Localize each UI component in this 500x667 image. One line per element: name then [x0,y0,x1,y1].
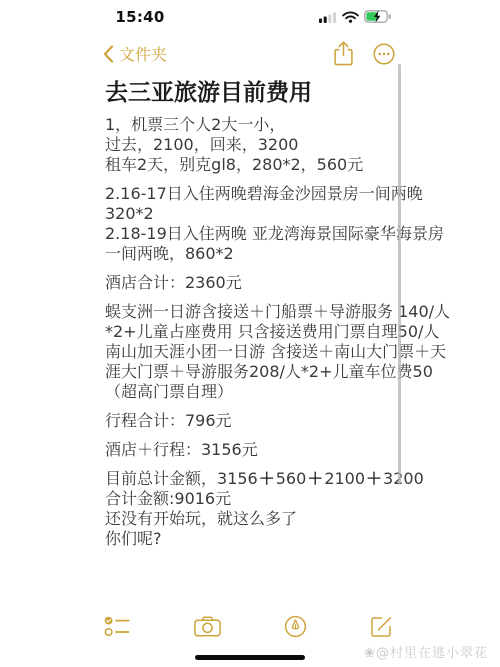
note-line: 涯大门票＋导游服务208/人*2+儿童车位费50 [105,362,405,382]
back-to-folders-button[interactable]: 文件夹 [103,42,167,65]
compose-button[interactable] [366,611,396,641]
note-line: 酒店＋行程：3156元 [105,440,405,460]
note-line: 320*2 [105,204,405,224]
note-line: 你们呢? [105,529,405,549]
creator-watermark: ❀@村里在逃小翠花 [364,642,488,661]
note-line: 2.18-19日入住两晚 亚龙湾海景国际豪华海景房 [105,224,405,244]
chevron-left-icon [103,45,114,63]
flight-car-paragraph: 1，机票三个人2大一小， 过去，2100，回来，3200 租车2天，别克gl8，… [105,115,405,175]
back-label: 文件夹 [119,42,167,65]
bottom-toolbar [0,611,500,641]
compose-icon [370,615,393,638]
note-line: 租车2天，别克gl8，280*2，560元 [105,155,405,175]
note-line: *2+儿童占座费用 只含接送费用门票自理50/人 [105,322,405,342]
note-line: 过去，2100，回来，3200 [105,135,405,155]
note-content[interactable]: 去三亚旅游目前费用 1，机票三个人2大一小， 过去，2100，回来，3200 租… [105,74,405,558]
note-line: 南山加天涯小团一日游 含接送＋南山大门票＋天 [105,342,405,362]
note-line: 一间两晚，860*2 [105,244,405,264]
battery-charging-icon [364,10,392,23]
home-indicator[interactable] [195,655,305,660]
note-line: 合计金额:9016元 [105,489,405,509]
hotel-total-paragraph: 酒店合计：2360元 [105,273,405,293]
sum-part: 560 [276,469,307,488]
note-line: （超高门票自理） [105,382,405,402]
markup-button[interactable] [280,611,310,641]
plus-sign: ＋ [365,469,383,488]
note-line: 2.16-17日入住两晚碧海金沙园景房一间两晚 [105,184,405,204]
plus-sign: ＋ [258,469,276,488]
sum-line: 目前总计金额，3156＋560＋2100＋3200 [105,469,405,489]
note-line: 1，机票三个人2大一小， [105,115,405,135]
camera-icon [194,616,221,637]
note-line: 行程合计：796元 [105,411,405,431]
sum-prefix: 目前总计金额， [105,469,217,488]
scrollbar[interactable] [398,64,401,484]
grand-total-paragraph: 目前总计金额，3156＋560＋2100＋3200 合计金额:9016元 还没有… [105,469,405,549]
plus-sign: ＋ [306,469,324,488]
markup-pen-icon [284,615,307,638]
notes-app-screen: 15:40 [0,0,500,667]
sum-part: 2100 [324,469,365,488]
tours-paragraph: 蜈支洲一日游含接送＋门船票＋导游服务 140/人 *2+儿童占座费用 只含接送费… [105,302,405,402]
nav-bar: 文件夹 [0,36,500,70]
note-title: 去三亚旅游目前费用 [105,74,405,107]
checklist-icon [104,616,131,637]
trip-total-paragraph: 行程合计：796元 [105,411,405,431]
note-line: 蜈支洲一日游含接送＋门船票＋导游服务 140/人 [105,302,405,322]
cellular-signal-icon [319,11,337,23]
status-bar: 15:40 [0,0,500,32]
share-icon[interactable] [333,40,354,67]
note-line: 还没有开始玩，就这么多了 [105,509,405,529]
sum-part: 3200 [383,469,424,488]
sum-part: 3156 [217,469,258,488]
hotel-plus-trip-paragraph: 酒店＋行程：3156元 [105,440,405,460]
wifi-icon [342,11,359,23]
camera-button[interactable] [192,611,222,641]
clock: 15:40 [108,8,172,26]
more-options-icon[interactable] [372,42,396,66]
note-line: 酒店合计：2360元 [105,273,405,293]
hotel-paragraph: 2.16-17日入住两晚碧海金沙园景房一间两晚 320*2 2.18-19日入住… [105,184,405,264]
checklist-button[interactable] [102,611,132,641]
